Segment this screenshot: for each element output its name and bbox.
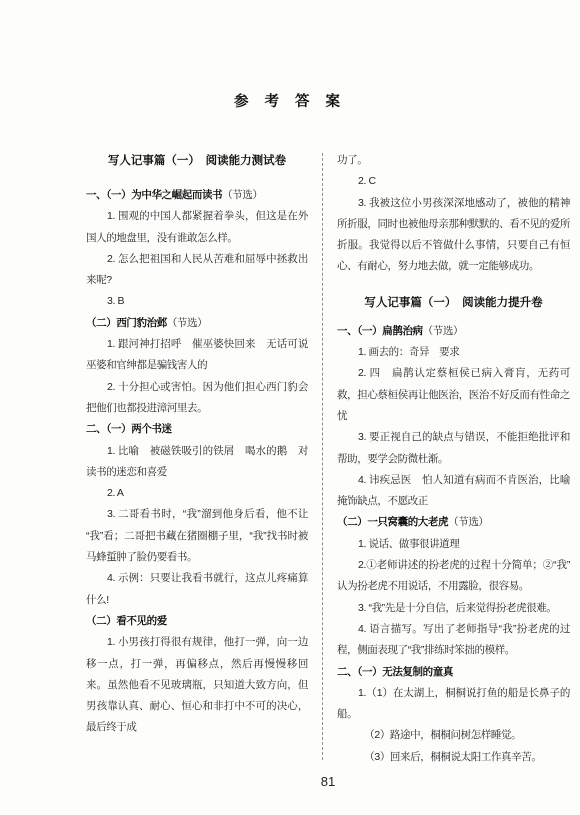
answer-item: 2. C <box>337 171 570 192</box>
passage-title: （二）西门豹治邺（节选） <box>86 313 308 334</box>
passage-label: （二） <box>86 317 116 329</box>
answer-key-page: 参 考 答 案 写人记事篇（一） 阅读能力测试卷 一、（一）为中华之崛起而读书（… <box>0 0 580 815</box>
answer-item: 1. 跟河神打招呼 催巫婆快回来 无话可说 巫婆和官绅都是骗钱害人的 <box>86 334 308 377</box>
answer-item: 1. 围观的中国人都紧握着拳头，但这是在外国人的地盘里，没有谁敢怎么样。 <box>86 206 308 249</box>
passage-suffix: （节选） <box>222 189 262 201</box>
answer-item: 3. 我被这位小男孩深深地感动了，被他的精神所折服，同时也被他母亲那种默默的、看… <box>337 193 570 278</box>
passage-title: （二）看不见的爱 <box>86 611 308 632</box>
answer-item: 1. 小男孩打得很有规律，他打一弹，向一边移一点，打一弹，再偏移点，然后再慢慢移… <box>86 632 308 738</box>
answer-item: 4. 讳疾忌医 怕人知道有病而不肯医治，比喻掩饰缺点，不愿改正 <box>337 470 570 513</box>
passage-name: 两个书迷 <box>131 423 171 435</box>
answer-item-continuation: 功了。 <box>337 150 570 171</box>
passage-label: 二、（一） <box>337 666 382 678</box>
page-number: 81 <box>86 774 570 789</box>
section-heading-improvement-paper: 写人记事篇（一） 阅读能力提升卷 <box>337 292 570 314</box>
answer-item: 1.（1）在太湖上，桐桐说打鱼的船是长鼻子的船。 <box>337 683 570 726</box>
answer-item: 1. 说话、做事很讲道理 <box>337 534 570 555</box>
passage-label: 二、（一） <box>86 423 131 435</box>
answer-item: 3. 二哥看书时，“我”溜到他身后看，他不让“我”看；二哥把书藏在猪圈棚子里，“… <box>86 504 308 568</box>
answer-item: 2. 怎么把祖国和人民从苦难和屈辱中拯救出来呢? <box>86 249 308 292</box>
passage-suffix: （节选） <box>448 516 488 528</box>
passage-label: （二） <box>86 615 116 627</box>
left-column: 写人记事篇（一） 阅读能力测试卷 一、（一）为中华之崛起而读书（节选） 1. 围… <box>86 150 308 768</box>
passage-name: 扁鹊治病 <box>382 325 422 337</box>
passage-title: 二、（一）无法复制的童真 <box>337 662 570 683</box>
passage-title: 一、（一）为中华之崛起而读书（节选） <box>86 185 308 206</box>
passage-suffix: （节选） <box>167 317 207 329</box>
answer-sub-item: （3）回来后，桐桐说太阳工作真辛苦。 <box>337 747 570 768</box>
answer-item: 3. 要正视自己的缺点与错误，不能拒绝批评和帮助，要学会防微杜渐。 <box>337 427 570 470</box>
passage-name: 为中华之崛起而读书 <box>131 189 222 201</box>
answer-item: 4. 语言描写。写出了老师指导“我”扮老虎的过程，侧面表现了“我”排练时笨拙的模… <box>337 619 570 662</box>
passage-label: 一、（一） <box>337 325 382 337</box>
answer-item: 2. 十分担心或害怕。因为他们担心西门豹会把他们也都投进漳河里去。 <box>86 377 308 420</box>
passage-name: 无法复制的童真 <box>382 666 453 678</box>
answer-item: 3. “我”先是十分自信，后来觉得扮老虎很难。 <box>337 598 570 619</box>
passage-name: 看不见的爱 <box>116 615 167 627</box>
passage-title: （二）一只窝囊的大老虎（节选） <box>337 512 570 533</box>
answer-item: 2. A <box>86 483 308 504</box>
column-divider <box>322 153 323 760</box>
passage-title: 二、（一）两个书迷 <box>86 419 308 440</box>
passage-label: 一、（一） <box>86 189 131 201</box>
answer-item: 2. 四 扁鹊认定蔡桓侯已病入膏肓，无药可救，担心蔡桓侯再让他医治，医治不好反而… <box>337 363 570 427</box>
passage-title: 一、（一）扁鹊治病（节选） <box>337 321 570 342</box>
section-heading-test-paper: 写人记事篇（一） 阅读能力测试卷 <box>86 150 308 172</box>
answer-item: 4. 示例：只要让我看书就行，这点儿疼痛算什么! <box>86 568 308 611</box>
page-title: 参 考 答 案 <box>0 0 580 112</box>
two-column-content: 写人记事篇（一） 阅读能力测试卷 一、（一）为中华之崛起而读书（节选） 1. 围… <box>86 150 570 768</box>
answer-item: 3. B <box>86 291 308 312</box>
answer-item: 1. 画去的：奇异 要求 <box>337 342 570 363</box>
passage-suffix: （节选） <box>423 325 463 337</box>
passage-name: 西门豹治邺 <box>116 317 167 329</box>
answer-item: 1. 比喻 被磁铁吸引的铁屑 喝水的鹅 对读书的迷恋和喜爱 <box>86 441 308 484</box>
answer-item: 2.①老师讲述的扮老虎的过程十分简单；②“我”认为扮老虎不用说话，不用露脸，很容… <box>337 555 570 598</box>
passage-label: （二） <box>337 516 367 528</box>
right-column: 功了。 2. C 3. 我被这位小男孩深深地感动了，被他的精神所折服，同时也被他… <box>337 150 570 768</box>
answer-sub-item: （2）路途中，桐桐问树怎样睡觉。 <box>337 725 570 746</box>
passage-name: 一只窝囊的大老虎 <box>367 516 448 528</box>
